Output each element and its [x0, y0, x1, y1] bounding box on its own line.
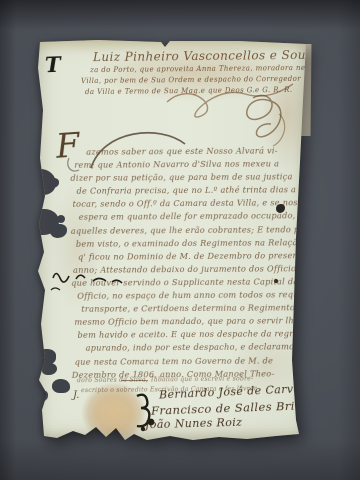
tear-hole — [57, 215, 65, 223]
signature: Francisco de Salles Brito — [151, 398, 308, 417]
header-line: za do Porto, que aproveita Anna Thereza,… — [90, 64, 317, 74]
signature-paraph: J. — [73, 390, 79, 401]
signature: João Nunes Roiz — [145, 416, 243, 432]
header-line: Villa, por bem de Sua Ordem e despacho d… — [81, 75, 301, 85]
tear-hole — [34, 390, 48, 402]
body-paragraph: azemos saber aos que este Nosso Alvará v… — [70, 145, 308, 382]
header-line: da Villa e Termo de Sua Mag.e que Deos G… — [85, 86, 293, 96]
margin-mark: T — [45, 52, 62, 78]
tear-hole — [42, 363, 57, 375]
manuscript-page: T Luiz Pinheiro Vasconcellos e Sou- za d… — [33, 38, 313, 440]
tear-hole — [50, 224, 67, 238]
manuscript-page-wrap: T Luiz Pinheiro Vasconcellos e Sou- za d… — [33, 38, 313, 440]
photograph-of-manuscript: T Luiz Pinheiro Vasconcellos e Sou- za d… — [0, 0, 360, 480]
tear-hole — [46, 178, 59, 188]
header-line: Luiz Pinheiro Vasconcellos e Sou- — [93, 48, 310, 64]
tear-hole — [52, 379, 70, 393]
